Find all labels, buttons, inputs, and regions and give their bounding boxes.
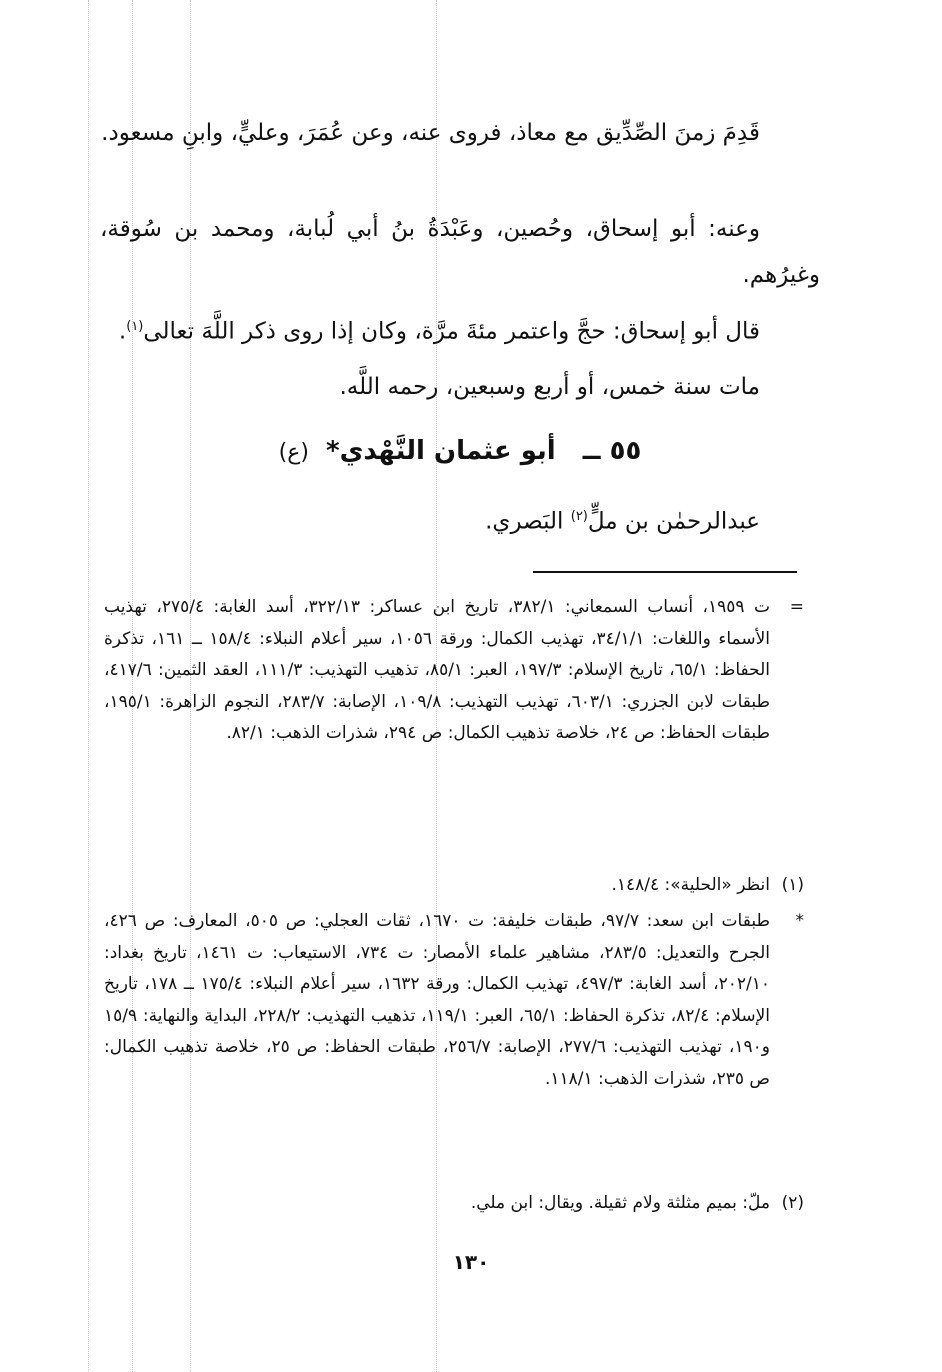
paragraph-text: قال أبو إسحاق: حجَّ واعتمر مئةَ مرَّة، و… xyxy=(100,304,820,355)
body-paragraph-3: قال أبو إسحاق: حجَّ واعتمر مئةَ مرَّة، و… xyxy=(100,304,820,355)
paragraph-text: قَدِمَ زمنَ الصِّدِّيق مع معاذ، فروى عنه… xyxy=(100,110,820,156)
page-number: ١٣٠ xyxy=(0,1250,942,1274)
footnote-mark: * xyxy=(796,906,805,938)
footnote-text: طبقات ابن سعد: ٩٧/٧، طبقات خليفة: ت ١٦٧٠… xyxy=(104,911,770,1089)
footnote-ref-1: (١) xyxy=(126,319,143,334)
entry-name: أبو عثمان النَّهْدي* xyxy=(326,436,556,466)
paragraph-text: مات سنة خمس، أو أربع وسبعين، رحمه اللَّه… xyxy=(100,364,820,410)
body-paragraph-4: مات سنة خمس، أو أربع وسبعين، رحمه اللَّه… xyxy=(100,364,820,410)
scan-guide-line xyxy=(88,0,89,1372)
footnote-divider xyxy=(533,571,797,573)
paragraph-text-main: عبدالرحمٰن بن ملٍّ xyxy=(588,509,760,535)
footnote-mark: (٢) xyxy=(782,1188,804,1220)
entry-number: ٥٥ ــ xyxy=(583,436,642,466)
footnote-ref-2: (٢) xyxy=(571,509,588,524)
entry-code: (ع) xyxy=(279,440,309,465)
paragraph-end: البَصري. xyxy=(485,509,563,535)
footnote-mark: = xyxy=(790,592,804,624)
footnote-continued: =ت ١٩٥٩، أنساب السمعاني: ٣٨٢/١، تاريخ اب… xyxy=(104,592,804,750)
footnote-text: ت ١٩٥٩، أنساب السمعاني: ٣٨٢/١، تاريخ ابن… xyxy=(104,597,770,743)
entry-heading: ٥٥ ــ أبو عثمان النَّهْدي* (ع) xyxy=(100,428,820,476)
body-paragraph-1: قَدِمَ زمنَ الصِّدِّيق مع معاذ، فروى عنه… xyxy=(100,110,820,156)
paragraph-text: وعنه: أبو إسحاق، وحُصين، وعَبْدَةُ بنُ أ… xyxy=(100,206,820,298)
footnote-text: ملّ: بميم مثلثة ولام ثقيلة. ويقال: ابن م… xyxy=(471,1193,770,1213)
paragraph-text: عبدالرحمٰن بن ملٍّ(٢) البَصري. xyxy=(100,494,820,545)
footnote-mark: (١) xyxy=(782,870,804,902)
book-page: قَدِمَ زمنَ الصِّدِّيق مع معاذ، فروى عنه… xyxy=(0,0,942,1372)
footnote-star: *طبقات ابن سعد: ٩٧/٧، طبقات خليفة: ت ١٦٧… xyxy=(104,906,804,1095)
paragraph-text-main: قال أبو إسحاق: حجَّ واعتمر مئةَ مرَّة، و… xyxy=(143,319,760,345)
body-paragraph-2: وعنه: أبو إسحاق، وحُصين، وعَبْدَةُ بنُ أ… xyxy=(100,206,820,298)
footnote-2: (٢)ملّ: بميم مثلثة ولام ثقيلة. ويقال: اب… xyxy=(104,1188,804,1220)
footnote-1: (١)انظر «الحلية»: ١٤٨/٤. xyxy=(104,870,804,902)
footnote-text: انظر «الحلية»: ١٤٨/٤. xyxy=(611,875,770,895)
body-paragraph-5: عبدالرحمٰن بن ملٍّ(٢) البَصري. xyxy=(100,494,820,545)
